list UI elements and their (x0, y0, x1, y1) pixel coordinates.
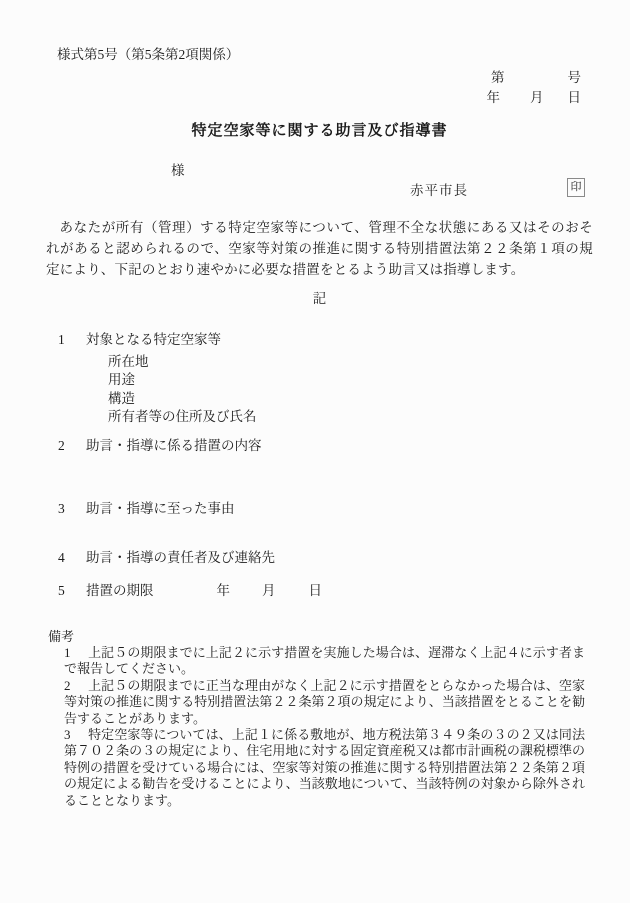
item-label: 助言・指導に至った事由 (86, 501, 235, 516)
note-text: 上記５の期限までに上記２に示す措置を実施した場合は、遅滞なく上記４に示す者まで報… (64, 645, 585, 676)
issuer-row: 赤平市長 印 (46, 182, 593, 202)
list-item-2: 2 助言・指導に係る措置の内容 (46, 437, 593, 454)
sub-item-location: 所在地 (108, 353, 593, 371)
date-year-label: 年 (487, 90, 501, 105)
deadline-month-label: 月 (262, 583, 276, 598)
seal-stamp: 印 (567, 178, 585, 197)
page-title: 特定空家等に関する助言及び指導書 (46, 122, 593, 141)
note-number: 1 (64, 645, 88, 661)
sub-item-owner: 所有者等の住所及び氏名 (108, 408, 593, 426)
remark-note-1: 1上記５の期限までに上記２に示す措置を実施した場合は、遅滞なく上記４に示す者まで… (64, 645, 585, 678)
list-item-5: 5 措置の期限年月日 (46, 582, 593, 599)
remark-note-2: 2上記５の期限までに正当な理由がなく上記２に示す措置をとらなかった場合は、空家等… (64, 678, 585, 727)
issuer-name: 赤平市長 (410, 182, 468, 199)
item-label: 措置の期限 (86, 583, 154, 598)
item-number: 5 (58, 582, 65, 599)
date-day-label: 日 (568, 90, 582, 105)
item-number: 2 (58, 437, 65, 454)
date-line: 年月日 (46, 89, 593, 106)
item-number: 3 (58, 500, 65, 517)
note-text: 特定空家等については、上記１に係る敷地が、地方税法第３４９条の３の２又は同法第７… (64, 727, 585, 808)
note-number: 3 (64, 727, 88, 743)
sub-item-use: 用途 (108, 371, 593, 389)
recipient-honorific: 様 (171, 162, 593, 179)
document-page: 様式第5号（第5条第2項関係） 第号 年月日 特定空家等に関する助言及び指導書 … (0, 0, 630, 903)
remarks-heading: 備考 (48, 629, 593, 645)
list-item-4: 4 助言・指導の責任者及び連絡先 (46, 549, 593, 566)
item-label: 助言・指導の責任者及び連絡先 (86, 550, 275, 565)
doc-number-prefix: 第 (491, 70, 505, 85)
item-label: 助言・指導に係る措置の内容 (86, 438, 262, 453)
item-number: 4 (58, 549, 65, 566)
deadline-year-label: 年 (217, 583, 231, 598)
doc-number-suffix: 号 (568, 70, 582, 85)
list-item-1: 1 対象となる特定空家等 (46, 331, 593, 348)
body-paragraph: あなたが所有（管理）する特定空家等について、管理不全な状態にある又はそのおそれが… (46, 217, 593, 280)
note-number: 2 (64, 678, 88, 694)
doc-number-line: 第号 (46, 69, 593, 86)
date-month-label: 月 (530, 90, 544, 105)
note-text: 上記５の期限までに正当な理由がなく上記２に示す措置をとらなかった場合は、空家等対… (64, 678, 585, 726)
item-1-sub-list: 所在地 用途 構造 所有者等の住所及び氏名 (108, 353, 593, 427)
deadline-day-label: 日 (309, 583, 323, 598)
list-item-3: 3 助言・指導に至った事由 (46, 500, 593, 517)
form-number: 様式第5号（第5条第2項関係） (57, 46, 593, 63)
remark-note-3: 3特定空家等については、上記１に係る敷地が、地方税法第３４９条の３の２又は同法第… (64, 727, 585, 809)
sub-item-structure: 構造 (108, 390, 593, 408)
record-marker: 記 (46, 290, 593, 307)
item-label: 対象となる特定空家等 (86, 332, 221, 347)
item-number: 1 (58, 331, 65, 348)
